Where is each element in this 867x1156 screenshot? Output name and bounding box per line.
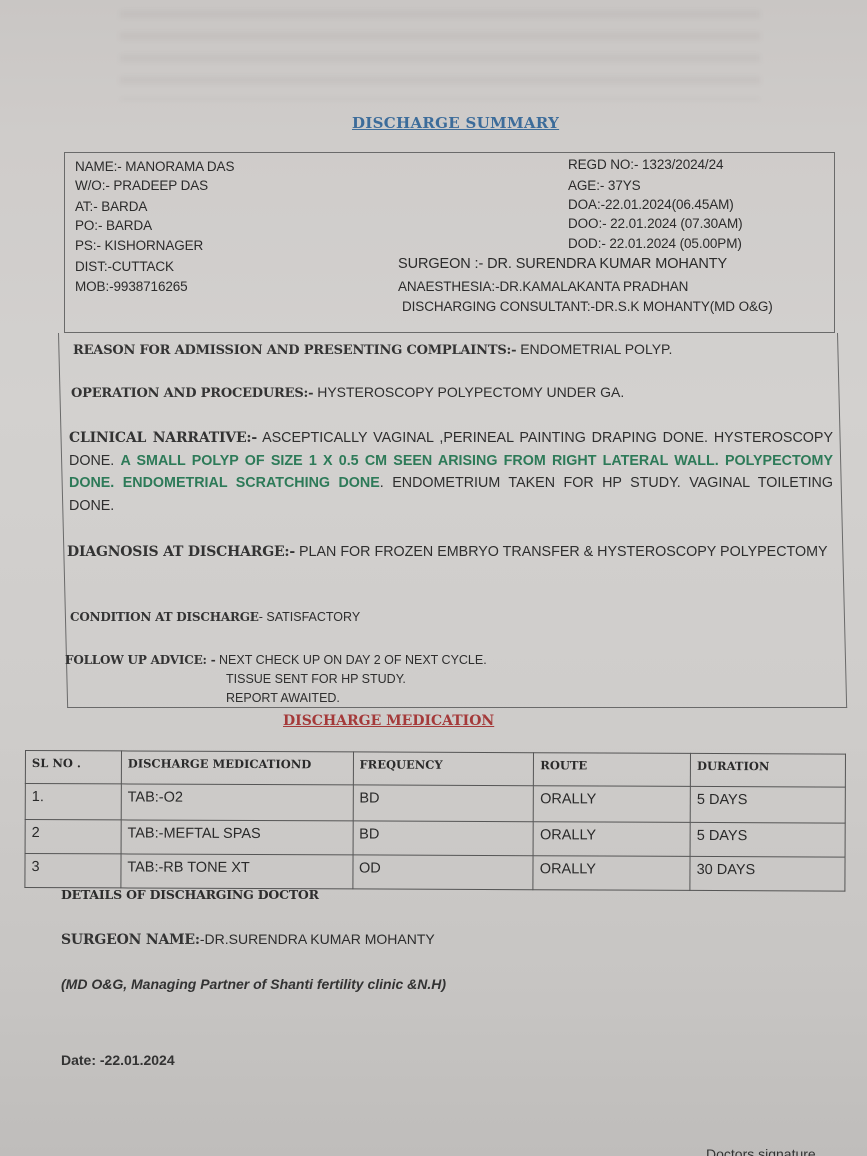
cell-medication: TAB:-RB TONE XT <box>121 854 353 889</box>
header-frequency: FREQUENCY <box>353 752 534 786</box>
cell-frequency: BD <box>353 785 534 822</box>
reason-value: ENDOMETRIAL POLYP. <box>520 341 672 357</box>
condition-value: - SATISFACTORY <box>259 610 360 624</box>
clinical-narrative: CLINICAL NARRATIVE:- ASCEPTICALLY VAGINA… <box>69 427 833 517</box>
surgeon-name: SURGEON NAME:-DR.SURENDRA KUMAR MOHANTY <box>61 931 435 948</box>
header-medication: DISCHARGE MEDICATIOND <box>121 751 353 785</box>
diagnosis-value: PLAN FOR FROZEN EMBRYO TRANSFER & HYSTER… <box>299 544 828 560</box>
header-duration: DURATION <box>690 753 845 787</box>
patient-ps: PS:- KISHORNAGER <box>75 238 203 253</box>
cell-medication: TAB:-MEFTAL SPAS <box>121 820 353 855</box>
cell-sl-no: 3 <box>25 854 121 888</box>
discharging-consultant: DISCHARGING CONSULTANT:-DR.S.K MOHANTY(M… <box>402 299 773 314</box>
surgeon: SURGEON :- DR. SURENDRA KUMAR MOHANTY <box>398 256 727 272</box>
faded-letterhead <box>120 10 760 100</box>
header-route: ROUTE <box>534 753 691 787</box>
table-header-row: SL NO . DISCHARGE MEDICATIOND FREQUENCY … <box>25 751 845 788</box>
cell-route: ORALLY <box>533 856 690 891</box>
surgeon-name-value: -DR.SURENDRA KUMAR MOHANTY <box>200 931 435 947</box>
operation-label: OPERATION AND PROCEDURES:- <box>71 386 313 401</box>
surgeon-name-label: SURGEON NAME: <box>61 932 200 948</box>
patient-dist: DIST:-CUTTACK <box>75 259 174 274</box>
cell-sl-no: 2 <box>25 820 121 854</box>
cell-frequency: BD <box>353 821 534 856</box>
followup-line-1: NEXT CHECK UP ON DAY 2 OF NEXT CYCLE. <box>219 653 487 667</box>
discharge-date: Date: -22.01.2024 <box>61 1052 175 1068</box>
table-row: 2 TAB:-MEFTAL SPAS BD ORALLY 5 DAYS <box>25 820 845 858</box>
discharge-medication-title: DISCHARGE MEDICATION <box>283 713 494 729</box>
cell-frequency: OD <box>352 855 533 890</box>
doctor-signature-label: Doctors signature <box>706 1146 816 1156</box>
date-of-admission: DOA:-22.01.2024(06.45AM) <box>568 197 734 212</box>
patient-wo: W/O:- PRADEEP DAS <box>75 178 208 193</box>
age: AGE:- 37YS <box>568 178 641 193</box>
table-row: 3 TAB:-RB TONE XT OD ORALLY 30 DAYS <box>25 854 845 892</box>
reason-for-admission: REASON FOR ADMISSION AND PRESENTING COMP… <box>73 341 672 358</box>
followup-label: FOLLOW UP ADVICE: - <box>65 653 216 667</box>
condition-label: CONDITION AT DISCHARGE <box>70 610 259 624</box>
narrative-label: CLINICAL NARRATIVE:- <box>69 430 257 446</box>
document-title: DISCHARGE SUMMARY <box>352 114 559 132</box>
condition-at-discharge: CONDITION AT DISCHARGE- SATISFACTORY <box>70 610 360 624</box>
anaesthesia: ANAESTHESIA:-DR.KAMALAKANTA PRADHAN <box>398 279 688 294</box>
cell-duration: 5 DAYS <box>690 786 845 823</box>
patient-name: NAME:- MANORAMA DAS <box>75 159 234 174</box>
cell-medication: TAB:-O2 <box>121 784 353 821</box>
patient-at: AT:- BARDA <box>75 199 147 214</box>
diagnosis-at-discharge: DIAGNOSIS AT DISCHARGE:- PLAN FOR FROZEN… <box>67 541 831 564</box>
table-row: 1. TAB:-O2 BD ORALLY 5 DAYS <box>25 784 845 824</box>
operation-value: HYSTEROSCOPY POLYPECTOMY UNDER GA. <box>317 384 624 400</box>
cell-sl-no: 1. <box>25 784 121 820</box>
header-sl-no: SL NO . <box>25 751 121 784</box>
patient-po: PO:- BARDA <box>75 218 152 233</box>
doctor-details-label: DETAILS OF DISCHARGING DOCTOR <box>61 887 319 902</box>
regd-no: REGD NO:- 1323/2024/24 <box>568 157 723 172</box>
cell-duration: 5 DAYS <box>690 822 845 857</box>
cell-route: ORALLY <box>533 822 690 857</box>
cell-duration: 30 DAYS <box>690 856 845 891</box>
medication-table: SL NO . DISCHARGE MEDICATIOND FREQUENCY … <box>24 750 846 892</box>
patient-mob: MOB:-9938716265 <box>75 279 188 294</box>
cell-route: ORALLY <box>534 786 691 823</box>
followup-line-3: REPORT AWAITED. <box>226 691 340 705</box>
surgeon-credentials: (MD O&G, Managing Partner of Shanti fert… <box>61 976 446 992</box>
diagnosis-label: DIAGNOSIS AT DISCHARGE:- <box>67 544 295 560</box>
follow-up-advice: FOLLOW UP ADVICE: - NEXT CHECK UP ON DAY… <box>65 653 487 667</box>
followup-line-2: TISSUE SENT FOR HP STUDY. <box>226 672 406 686</box>
operation-and-procedures: OPERATION AND PROCEDURES:- HYSTEROSCOPY … <box>71 384 624 401</box>
date-of-discharge: DOD:- 22.01.2024 (05.00PM) <box>568 236 742 251</box>
date-of-operation: DOO:- 22.01.2024 (07.30AM) <box>568 216 743 231</box>
reason-label: REASON FOR ADMISSION AND PRESENTING COMP… <box>73 343 516 358</box>
